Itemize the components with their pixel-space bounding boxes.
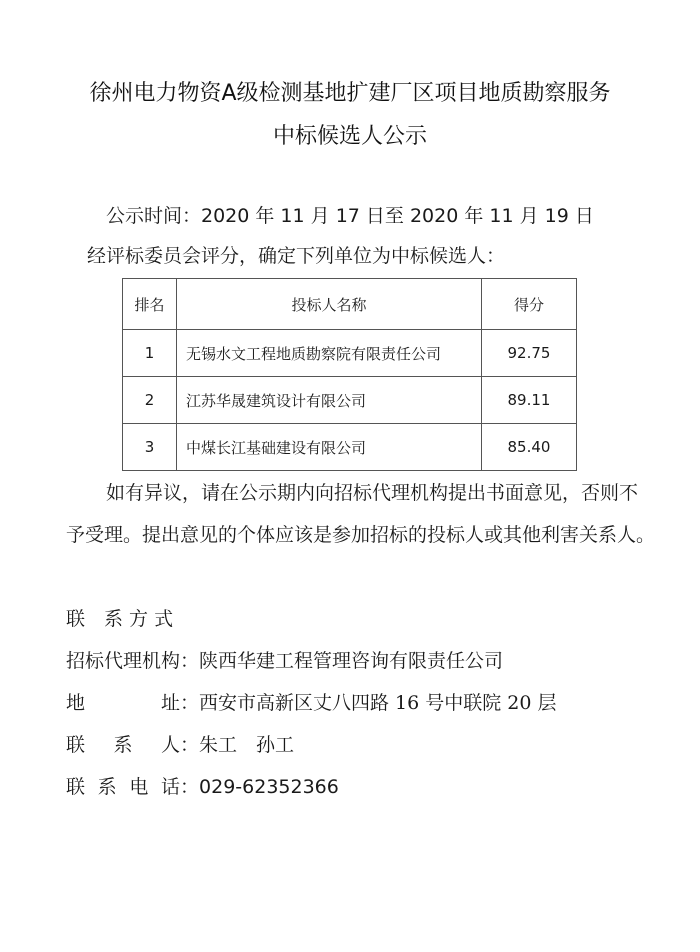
bidder-name-cell: 中煤长江基础建设有限公司 bbox=[177, 424, 482, 471]
agency-value: 陕西华建工程管理咨询有限责任公司 bbox=[199, 649, 503, 673]
publication-time: 公示时间：2020 年 11 月 17 日至 2020 年 11 月 19 日 bbox=[106, 204, 594, 228]
contact-agency: 招标代理机构：陕西华建工程管理咨询有限责任公司 bbox=[66, 649, 503, 673]
objection-notice-line2: 予受理。提出意见的个体应该是参加招标的投标人或其他利害关系人。 bbox=[66, 523, 655, 547]
candidates-table: 排名 投标人名称 得分 1 无锡水文工程地质勘察院有限责任公司 92.75 2 … bbox=[122, 278, 577, 471]
phone-value: 029-62352366 bbox=[199, 775, 339, 799]
contact-address: 地 址 ：西安市高新区丈八四路 16 号中联院 20 层 bbox=[66, 691, 557, 715]
address-value: 西安市高新区丈八四路 16 号中联院 20 层 bbox=[199, 691, 557, 715]
agency-label: 招标代理机构： bbox=[66, 649, 199, 673]
table-row: 1 无锡水文工程地质勘察院有限责任公司 92.75 bbox=[123, 330, 577, 377]
rank-cell: 3 bbox=[123, 424, 177, 471]
person-label: 联 系 人 bbox=[66, 733, 180, 757]
score-cell: 85.40 bbox=[482, 424, 577, 471]
table-header-row: 排名 投标人名称 得分 bbox=[123, 279, 577, 330]
objection-notice-line1: 如有异议，请在公示期内向招标代理机构提出书面意见，否则不 bbox=[106, 481, 638, 505]
score-cell: 92.75 bbox=[482, 330, 577, 377]
table-row: 3 中煤长江基础建设有限公司 85.40 bbox=[123, 424, 577, 471]
contact-heading: 联 系 方 式 bbox=[66, 607, 173, 631]
contact-phone: 联 系 电 话 ：029-62352366 bbox=[66, 775, 339, 799]
rank-cell: 2 bbox=[123, 377, 177, 424]
person-value: 朱工 孙工 bbox=[199, 733, 294, 757]
rank-cell: 1 bbox=[123, 330, 177, 377]
header-score: 得分 bbox=[482, 279, 577, 330]
document-subtitle: 中标候选人公示 bbox=[0, 119, 700, 150]
score-cell: 89.11 bbox=[482, 377, 577, 424]
header-bidder-name: 投标人名称 bbox=[177, 279, 482, 330]
phone-label: 联 系 电 话 bbox=[66, 775, 180, 799]
address-label: 地 址 bbox=[66, 691, 180, 715]
bidder-name-cell: 无锡水文工程地质勘察院有限责任公司 bbox=[177, 330, 482, 377]
contact-person: 联 系 人 ：朱工 孙工 bbox=[66, 733, 294, 757]
document-title: 徐州电力物资A级检测基地扩建厂区项目地质勘察服务 bbox=[0, 76, 700, 107]
table-row: 2 江苏华晟建筑设计有限公司 89.11 bbox=[123, 377, 577, 424]
header-rank: 排名 bbox=[123, 279, 177, 330]
bidder-name-cell: 江苏华晟建筑设计有限公司 bbox=[177, 377, 482, 424]
intro-text: 经评标委员会评分，确定下列单位为中标候选人： bbox=[87, 244, 505, 268]
